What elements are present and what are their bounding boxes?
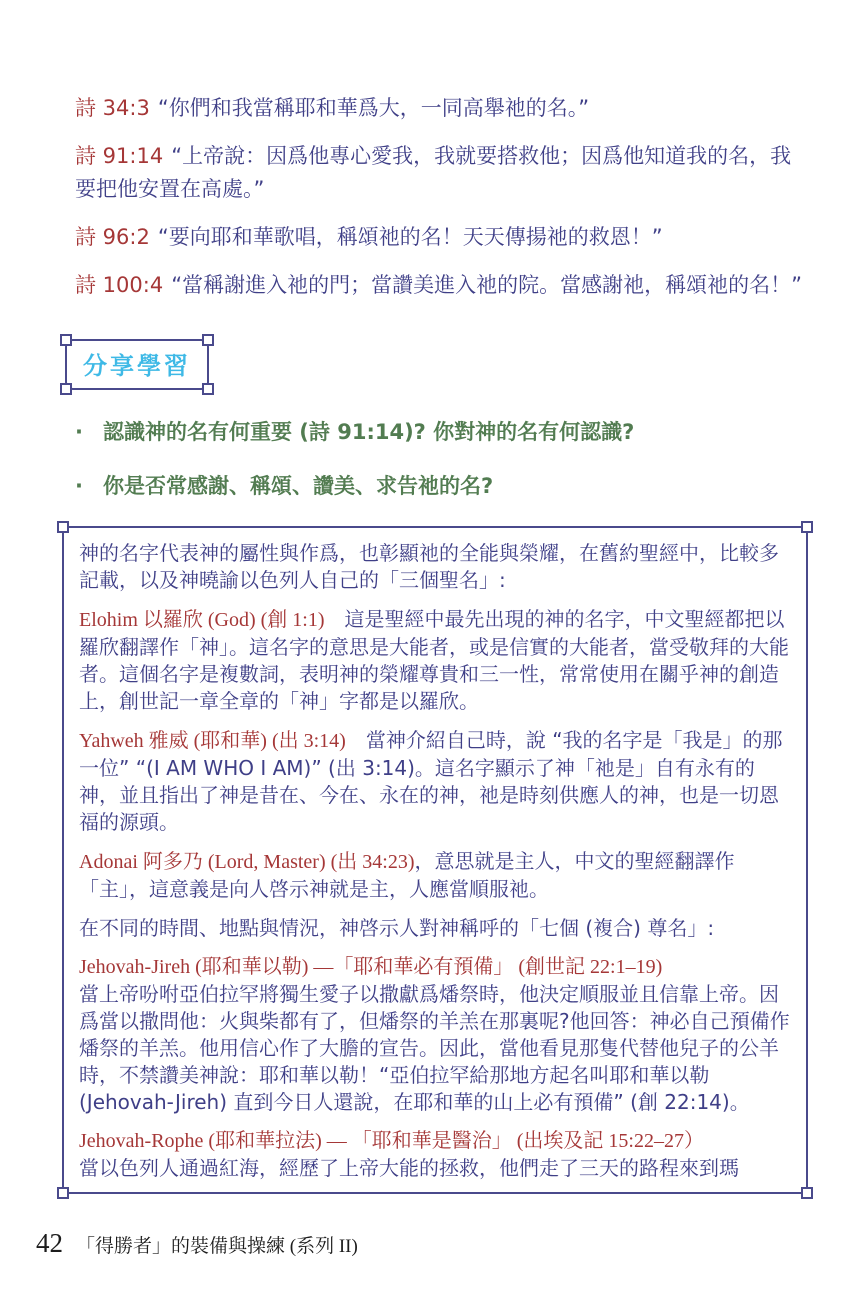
- verse: 詩 96:2“要向耶和華歌唱，稱頌祂的名！天天傳揚祂的救恩！”: [75, 221, 808, 254]
- compound-name-body: 當以色列人通過紅海，經歷了上帝大能的拯救，他們走了三天的路程來到瑪: [79, 1156, 739, 1180]
- compound-name-heading: Jehovah-Jireh (耶和華以勒) —「耶和華必有預備」 (創世記 22…: [79, 954, 791, 981]
- frame-corner-ornament: [202, 334, 214, 346]
- compound-name-paragraph-jehovah-jireh: Jehovah-Jireh (耶和華以勒) —「耶和華必有預備」 (創世記 22…: [79, 954, 791, 1116]
- box-intro: 神的名字代表神的屬性與作爲，也彰顯祂的全能與榮耀，在舊約聖經中，比較多記載，以及…: [79, 540, 791, 594]
- holy-name-lead: Yahweh 雅威 (耶和華) (出 3:14): [79, 730, 346, 752]
- holy-name-paragraph-adonai: Adonai 阿多乃 (Lord, Master) (出 34:23)，意思就是…: [79, 848, 791, 903]
- verse-reference: 詩 34:3: [75, 96, 150, 120]
- verse-reference: 詩 91:14: [75, 144, 163, 168]
- holy-name-paragraph-yahweh: Yahweh 雅威 (耶和華) (出 3:14) 當神介紹自己時，說 “我的名字…: [79, 727, 791, 836]
- discussion-questions: · 認識神的名有何重要 (詩 91:14)? 你對神的名有何認識? · 你是否常…: [75, 418, 808, 500]
- bullet-dot: ·: [75, 418, 103, 446]
- question-text: 你是否常感謝、稱頌、讚美、求告祂的名?: [103, 472, 493, 500]
- frame-corner-ornament: [57, 521, 69, 533]
- verse-text: “你們和我當稱耶和華爲大，一同高舉祂的名。”: [158, 96, 589, 120]
- frame-corner-ornament: [202, 383, 214, 395]
- verse-reference: 詩 100:4: [75, 273, 163, 297]
- verse-text: “上帝說：因爲他專心愛我，我就要搭救他；因爲他知道我的名，我要把他安置在高處。”: [75, 144, 791, 201]
- compound-name-heading: Jehovah-Rophe (耶和華拉法) — 「耶和華是醫治」 (出埃及記 1…: [79, 1128, 791, 1155]
- discussion-question: · 你是否常感謝、稱頌、讚美、求告祂的名?: [75, 472, 808, 500]
- verse: 詩 34:3“你們和我當稱耶和華爲大，一同高舉祂的名。”: [75, 92, 808, 125]
- compound-name-body: 當上帝吩咐亞伯拉罕將獨生愛子以撒獻爲燔祭時，他決定順服並且信靠上帝。因爲當以撒問…: [79, 982, 790, 1114]
- share-learning-frame: 分享學習: [65, 339, 209, 390]
- holy-name-paragraph-elohim: Elohim 以羅欣 (God) (創 1:1) 這是聖經中最先出現的神的名字，…: [79, 606, 791, 715]
- verse-text: “當稱謝進入祂的門；當讚美進入祂的院。當感謝祂，稱頌祂的名！”: [171, 273, 802, 297]
- compound-name-paragraph-jehovah-rophe: Jehovah-Rophe (耶和華拉法) — 「耶和華是醫治」 (出埃及記 1…: [79, 1128, 791, 1182]
- frame-corner-ornament: [60, 383, 72, 395]
- page-content: 詩 34:3“你們和我當稱耶和華爲大，一同高舉祂的名。” 詩 91:14“上帝說…: [62, 92, 808, 1194]
- frame-corner-ornament: [801, 1187, 813, 1199]
- verse-text: “要向耶和華歌唱，稱頌祂的名！天天傳揚祂的救恩！”: [158, 225, 663, 249]
- verse: 詩 91:14“上帝說：因爲他專心愛我，我就要搭救他；因爲他知道我的名，我要把他…: [75, 140, 808, 206]
- holy-name-lead: Elohim 以羅欣 (God) (創 1:1): [79, 609, 325, 631]
- discussion-question: · 認識神的名有何重要 (詩 91:14)? 你對神的名有何認識?: [75, 418, 808, 446]
- verse: 詩 100:4“當稱謝進入祂的門；當讚美進入祂的院。當感謝祂，稱頌祂的名！”: [75, 269, 808, 302]
- document-page: 詩 34:3“你們和我當稱耶和華爲大，一同高舉祂的名。” 詩 91:14“上帝說…: [0, 0, 864, 1296]
- frame-corner-ornament: [57, 1187, 69, 1199]
- bullet-dot: ·: [75, 472, 103, 500]
- share-learning-label: 分享學習: [83, 352, 191, 380]
- footer-title: 「得勝者」的裝備與操練 (系列 II): [76, 1236, 358, 1257]
- page-footer: 42「得勝者」的裝備與操練 (系列 II): [36, 1228, 358, 1259]
- seven-names-intro: 在不同的時間、地點與情況，神啓示人對神稱呼的「七個 (複合) 尊名」:: [79, 915, 791, 942]
- verse-reference: 詩 96:2: [75, 225, 150, 249]
- holy-name-lead: Adonai 阿多乃 (Lord, Master) (出 34:23): [79, 851, 415, 873]
- question-text: 認識神的名有何重要 (詩 91:14)? 你對神的名有何認識?: [103, 418, 634, 446]
- frame-corner-ornament: [801, 521, 813, 533]
- names-of-god-box: 神的名字代表神的屬性與作爲，也彰顯祂的全能與榮耀，在舊約聖經中，比較多記載，以及…: [62, 526, 808, 1194]
- page-number: 42: [36, 1228, 63, 1258]
- frame-corner-ornament: [60, 334, 72, 346]
